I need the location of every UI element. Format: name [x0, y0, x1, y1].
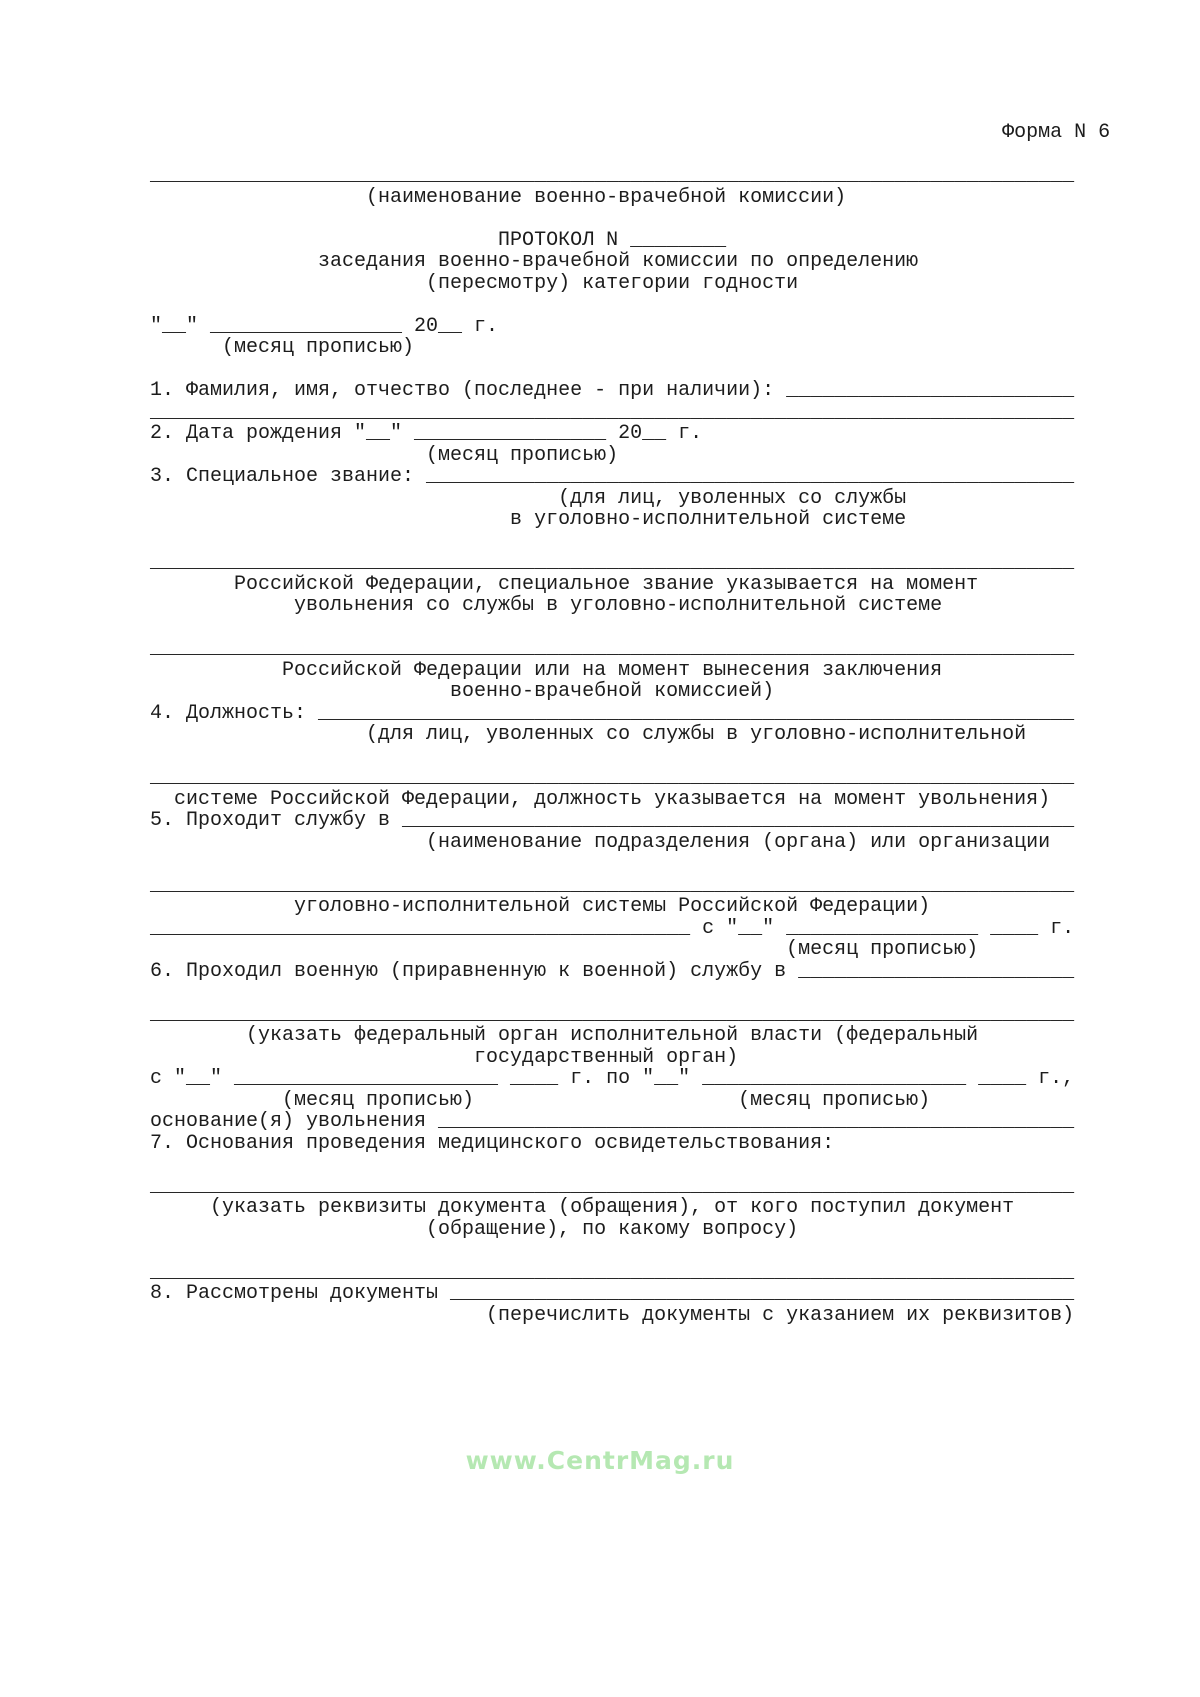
document-line: (для лиц, уволенных со службы: [150, 488, 1110, 510]
document-line: ________________________________________…: [150, 875, 1110, 897]
document-line: Российской Федерации, специальное звание…: [150, 574, 1110, 596]
document-line: 2. Дата рождения "__" ________________ 2…: [150, 423, 1110, 445]
document-line: [150, 1154, 1110, 1176]
document-line: ________________________________________…: [150, 1004, 1110, 1026]
document-body: Форма N 6 ______________________________…: [150, 122, 1110, 1326]
document-line: [150, 294, 1110, 316]
document-line: 6. Проходил военную (приравненную к воен…: [150, 961, 1110, 983]
document-line: "__" ________________ 20__ г.: [150, 316, 1110, 338]
document-line: (месяц прописью): [150, 337, 1110, 359]
document-line: системе Российской Федерации, должность …: [150, 789, 1110, 811]
document-line: ________________________________________…: [150, 1262, 1110, 1284]
document-line: с "__" ______________________ ____ г. по…: [150, 1068, 1110, 1090]
document-line: 8. Рассмотрены документы _______________…: [150, 1283, 1110, 1305]
document-line: 1. Фамилия, имя, отчество (последнее - п…: [150, 380, 1110, 402]
document-line: [150, 359, 1110, 381]
document-line: ________________________________________…: [150, 918, 1110, 940]
document-line: [150, 1240, 1110, 1262]
document-line: [150, 531, 1110, 553]
document-line: (наименование военно-врачебной комиссии): [150, 187, 1110, 209]
document-line: [150, 617, 1110, 639]
document-line: [150, 144, 1110, 166]
document-line: (перечислить документы с указанием их ре…: [150, 1305, 1110, 1327]
document-line: (наименование подразделения (органа) или…: [150, 832, 1110, 854]
document-line: (пересмотру) категории годности: [150, 273, 1110, 295]
document-line: основание(я) увольнения ________________…: [150, 1111, 1110, 1133]
document-line: увольнения со службы в уголовно-исполнит…: [150, 595, 1110, 617]
document-page: Форма N 6 ______________________________…: [0, 0, 1200, 1697]
document-line: ________________________________________…: [150, 552, 1110, 574]
document-line: (месяц прописью) (месяц прописью): [150, 1090, 1110, 1112]
document-line: ________________________________________…: [150, 165, 1110, 187]
document-line: [150, 746, 1110, 768]
watermark-text: www.CentrMag.ru: [0, 1446, 1200, 1475]
document-line: ________________________________________…: [150, 1176, 1110, 1198]
document-line: ________________________________________…: [150, 402, 1110, 424]
document-line: (указать реквизиты документа (обращения)…: [150, 1197, 1110, 1219]
document-line: заседания военно-врачебной комиссии по о…: [150, 251, 1110, 273]
document-line: ________________________________________…: [150, 638, 1110, 660]
document-line: ПРОТОКОЛ N ________: [150, 230, 1110, 252]
document-line: (месяц прописью): [150, 445, 1110, 467]
document-line: ________________________________________…: [150, 767, 1110, 789]
document-line: (указать федеральный орган исполнительно…: [150, 1025, 1110, 1047]
document-line: государственный орган): [150, 1047, 1110, 1069]
document-line: 3. Специальное звание: _________________…: [150, 466, 1110, 488]
document-line: [150, 982, 1110, 1004]
document-line: уголовно-исполнительной системы Российск…: [150, 896, 1110, 918]
document-line: 7. Основания проведения медицинского осв…: [150, 1133, 1110, 1155]
document-line: (обращение), по какому вопросу): [150, 1219, 1110, 1241]
document-line: (месяц прописью): [150, 939, 1110, 961]
document-line: (для лиц, уволенных со службы в уголовно…: [150, 724, 1110, 746]
document-line: [150, 208, 1110, 230]
document-line: в уголовно-исполнительной системе: [150, 509, 1110, 531]
document-line: 5. Проходит службу в ___________________…: [150, 810, 1110, 832]
document-line: Форма N 6: [150, 122, 1110, 144]
document-line: 4. Должность: __________________________…: [150, 703, 1110, 725]
document-line: [150, 853, 1110, 875]
document-line: Российской Федерации или на момент вынес…: [150, 660, 1110, 682]
document-line: военно-врачебной комиссией): [150, 681, 1110, 703]
